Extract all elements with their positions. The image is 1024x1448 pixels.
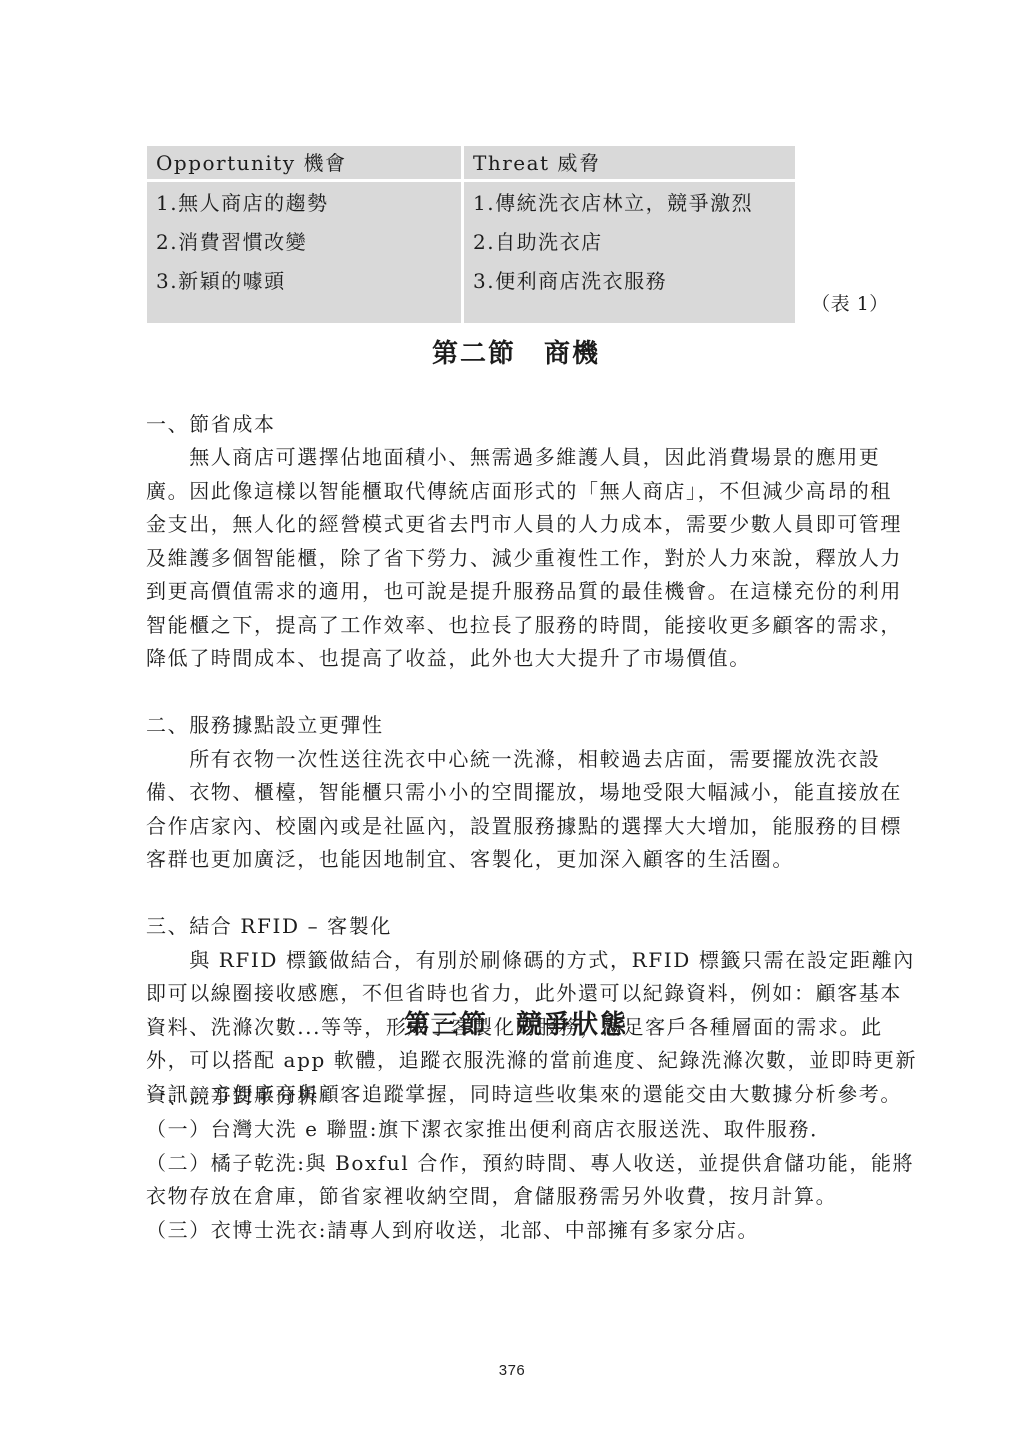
section-3-body: 一、競爭對手分析 （一）台灣大洗 e 聯盟:旗下潔衣家推出便利商店衣服送洗、取件… xyxy=(146,1046,946,1281)
section-2-title: 第二節 商機 xyxy=(146,333,886,370)
table-cell-threat-items: 1.傳統洗衣店林立，競爭激烈 2.自助洗衣店 3.便利商店洗衣服務 xyxy=(464,182,795,323)
section-3-title: 第三節 競爭狀態 xyxy=(146,1004,886,1041)
section-2-paragraph-cost-saving: 一、節省成本 無人商店可選擇佔地面積小、無需過多維護人員，因此消費場景的應用更 … xyxy=(146,408,946,676)
section-2-paragraph-service-points: 二、服務據點設立更彈性 所有衣物一次性送往洗衣中心統一洗滌，相較過去店面，需要擺… xyxy=(146,709,946,877)
document-page: Opportunity 機會 Threat 威脅 1.無人商店的趨勢 2.消費習… xyxy=(0,0,1024,1448)
swot-table: Opportunity 機會 Threat 威脅 1.無人商店的趨勢 2.消費習… xyxy=(147,146,795,323)
table-cell-opportunity-items: 1.無人商店的趨勢 2.消費習慣改變 3.新穎的噱頭 xyxy=(147,182,461,323)
table-caption: （表 1） xyxy=(795,289,905,316)
page-number: 376 xyxy=(0,1362,1024,1379)
section-3-paragraph-competitors: 一、競爭對手分析 （一）台灣大洗 e 聯盟:旗下潔衣家推出便利商店衣服送洗、取件… xyxy=(146,1080,946,1248)
table-header-threat: Threat 威脅 xyxy=(464,146,795,179)
table-header-opportunity: Opportunity 機會 xyxy=(147,146,461,179)
